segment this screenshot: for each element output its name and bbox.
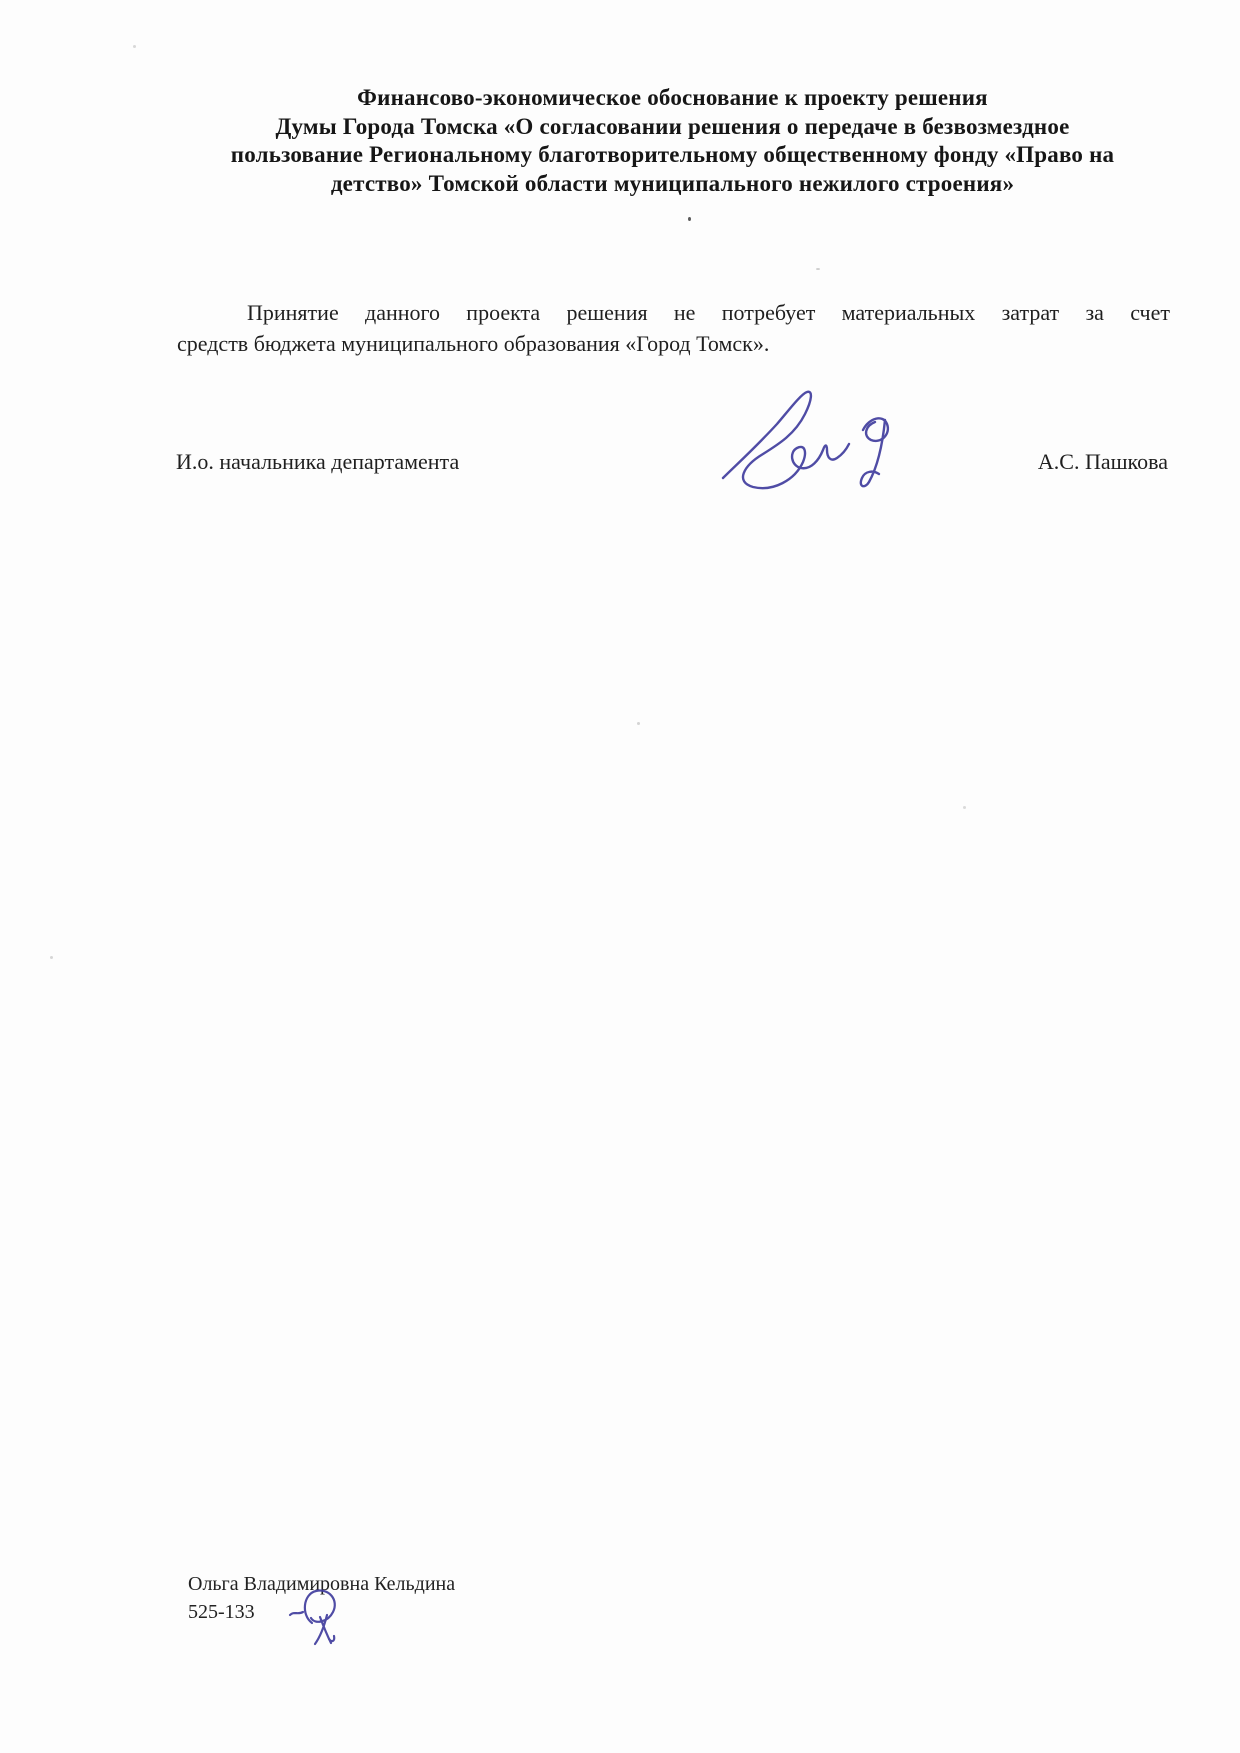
title-line: Финансово-экономическое обоснование к пр… <box>175 84 1170 113</box>
signer-name: А.С. Пашкова <box>1038 449 1168 475</box>
title-line: детство» Томской области муниципального … <box>175 170 1170 199</box>
position-label: И.о. начальника департамента <box>176 449 459 475</box>
title-line: пользование Региональному благотворитель… <box>175 141 1170 170</box>
scan-speck <box>133 45 136 48</box>
document-title: Финансово-экономическое обоснование к пр… <box>175 84 1170 198</box>
body-paragraph: Принятие данного проекта решения не потр… <box>177 297 1170 359</box>
scan-speck <box>637 722 640 725</box>
paragraph-line: Принятие данного проекта решения не потр… <box>177 297 1170 328</box>
scan-speck <box>688 217 691 221</box>
scanned-document-page: Финансово-экономическое обоснование к пр… <box>0 0 1240 1753</box>
scan-speck <box>50 956 53 959</box>
paragraph-line: средств бюджета муниципального образован… <box>177 328 1170 359</box>
title-line: Думы Города Томска «О согласовании решен… <box>175 113 1170 142</box>
handwritten-paraph-icon <box>288 1583 352 1651</box>
handwritten-signature-icon <box>715 386 915 508</box>
scan-speck <box>963 806 966 809</box>
scan-speck <box>816 268 820 270</box>
